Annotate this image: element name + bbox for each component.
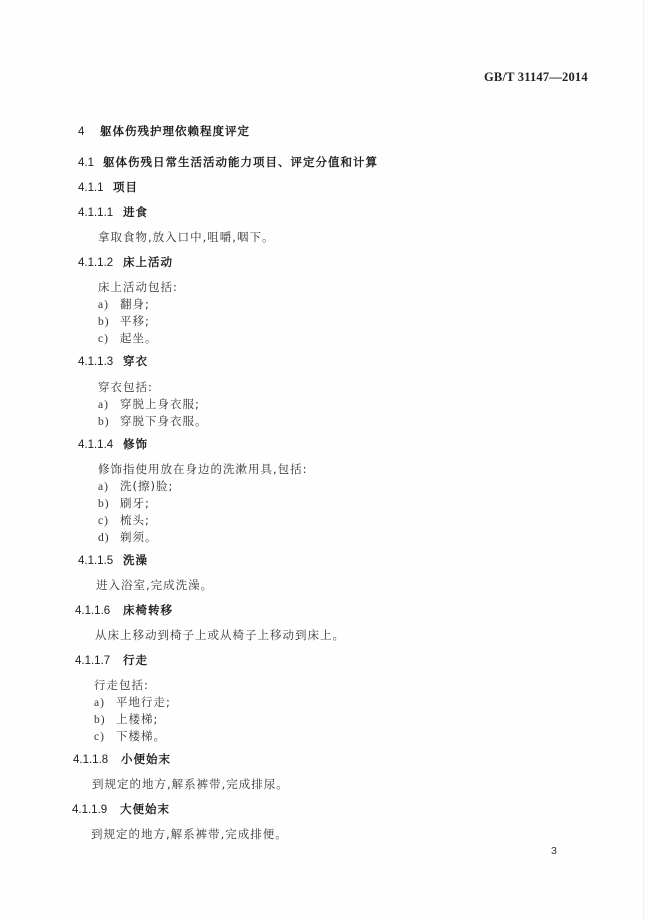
list-item: b)刷牙; (98, 496, 150, 511)
heading-4-1-1-7: 4.1.1.7行走 (75, 653, 148, 668)
list-item: c)梳头; (98, 513, 150, 528)
paragraph: 进入浴室,完成洗澡。 (96, 578, 213, 592)
list-item: c)起坐。 (98, 331, 158, 346)
list-item-text: 起坐。 (120, 331, 158, 345)
heading-title: 大便始末 (120, 802, 170, 816)
heading-4-1: 4.1躯体伤残日常生活活动能力项目、评定分值和计算 (78, 155, 378, 170)
paragraph-intro: 修饰指使用放在身边的洗漱用具,包括: (98, 462, 308, 476)
list-marker: b) (98, 497, 120, 511)
heading-4-1-1-8: 4.1.1.8小便始末 (73, 752, 171, 767)
list-item: a)穿脱上身衣服; (98, 397, 200, 412)
list-item: a)平地行走; (94, 695, 171, 710)
paragraph: 从床上移动到椅子上或从椅子上移动到床上。 (95, 628, 345, 642)
heading-4-1-1-3: 4.1.1.3穿衣 (78, 354, 148, 369)
list-marker: a) (98, 398, 120, 412)
heading-4-1-1-6: 4.1.1.6床椅转移 (75, 603, 173, 618)
list-marker: c) (94, 730, 116, 744)
list-marker: b) (98, 315, 120, 329)
paragraph: 拿取食物,放入口中,咀嚼,咽下。 (98, 230, 274, 244)
list-marker: a) (98, 480, 120, 494)
heading-number: 4.1.1.5 (78, 554, 123, 568)
list-item: a)洗(擦)脸; (98, 479, 173, 494)
list-item: d)剃须。 (98, 530, 158, 545)
paragraph: 到规定的地方,解系裤带,完成排便。 (91, 827, 288, 841)
heading-number: 4.1.1.1 (78, 206, 123, 220)
standard-code: GB/T 31147—2014 (484, 70, 588, 85)
page-edge (643, 0, 644, 919)
heading-title: 小便始末 (121, 752, 171, 766)
heading-number: 4.1 (78, 156, 103, 170)
heading-number: 4.1.1.7 (75, 654, 123, 668)
list-item: b)穿脱下身衣服。 (98, 414, 208, 429)
heading-number: 4.1.1.9 (72, 803, 120, 817)
heading-4-1-1-1: 4.1.1.1进食 (78, 205, 148, 220)
paragraph-intro: 床上活动包括: (98, 280, 178, 294)
list-item-text: 平地行走; (116, 695, 171, 709)
heading-title: 躯体伤残日常生活活动能力项目、评定分值和计算 (103, 155, 378, 169)
list-item-text: 穿脱上身衣服; (120, 397, 200, 411)
list-item-text: 上楼梯; (116, 712, 158, 726)
heading-title: 穿衣 (123, 354, 148, 368)
list-marker: a) (94, 696, 116, 710)
list-item-text: 剃须。 (120, 530, 158, 544)
list-marker: b) (94, 713, 116, 727)
heading-number: 4.1.1 (78, 181, 113, 195)
list-item-text: 刷牙; (120, 496, 150, 510)
heading-4-1-1-9: 4.1.1.9大便始末 (72, 802, 170, 817)
heading-number: 4.1.1.2 (78, 256, 123, 270)
paragraph: 到规定的地方,解系裤带,完成排尿。 (92, 777, 289, 791)
heading-number: 4.1.1.8 (73, 753, 121, 767)
list-item: a)翻身; (98, 297, 150, 312)
list-item: c)下楼梯。 (94, 729, 166, 744)
list-marker: c) (98, 514, 120, 528)
heading-4: 4躯体伤残护理依赖程度评定 (78, 124, 250, 139)
list-item: b)平移; (98, 314, 150, 329)
heading-title: 躯体伤残护理依赖程度评定 (100, 124, 250, 138)
page-number: 3 (551, 845, 557, 857)
list-marker: a) (98, 298, 120, 312)
heading-4-1-1-5: 4.1.1.5洗澡 (78, 553, 148, 568)
heading-title: 项目 (113, 180, 138, 194)
list-item: b)上楼梯; (94, 712, 158, 727)
list-item-text: 翻身; (120, 297, 150, 311)
heading-4-1-1: 4.1.1项目 (78, 180, 138, 195)
list-item-text: 穿脱下身衣服。 (120, 414, 208, 428)
list-marker: b) (98, 415, 120, 429)
list-item-text: 平移; (120, 314, 150, 328)
heading-4-1-1-2: 4.1.1.2床上活动 (78, 255, 173, 270)
list-marker: c) (98, 332, 120, 346)
heading-title: 洗澡 (123, 553, 148, 567)
heading-title: 床上活动 (123, 255, 173, 269)
paragraph-intro: 行走包括: (94, 678, 149, 692)
paragraph-intro: 穿衣包括: (98, 380, 153, 394)
heading-title: 进食 (123, 205, 148, 219)
heading-number: 4.1.1.4 (78, 438, 123, 452)
heading-title: 修饰 (123, 437, 148, 451)
heading-title: 床椅转移 (123, 603, 173, 617)
list-item-text: 梳头; (120, 513, 150, 527)
list-item-text: 洗(擦)脸; (120, 479, 173, 493)
document-page: GB/T 31147—2014 4躯体伤残护理依赖程度评定 4.1躯体伤残日常生… (0, 0, 650, 919)
list-marker: d) (98, 531, 120, 545)
heading-number: 4.1.1.3 (78, 355, 123, 369)
heading-4-1-1-4: 4.1.1.4修饰 (78, 437, 148, 452)
heading-number: 4 (78, 125, 100, 139)
list-item-text: 下楼梯。 (116, 729, 166, 743)
heading-title: 行走 (123, 653, 148, 667)
heading-number: 4.1.1.6 (75, 604, 123, 618)
